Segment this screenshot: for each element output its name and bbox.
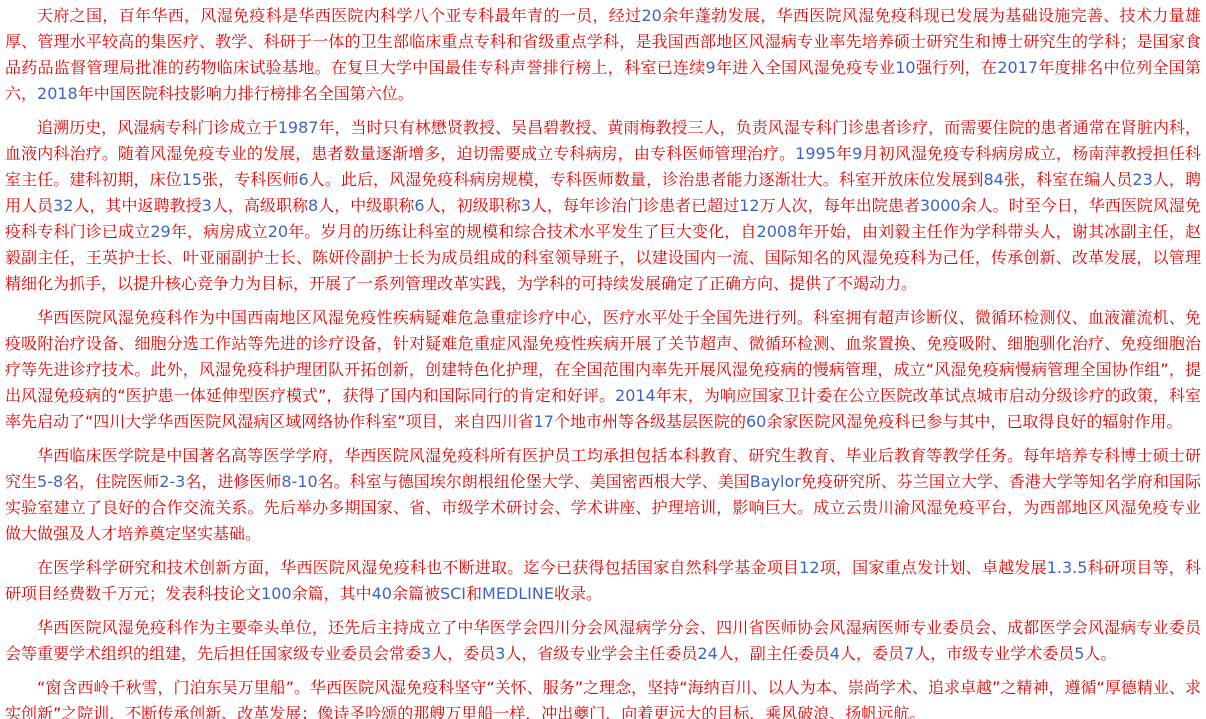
latin-text: 20 <box>641 6 661 25</box>
latin-text: 10 <box>895 58 915 77</box>
latin-text: 40 <box>372 584 392 603</box>
paragraph: 华西医院风湿免疫科作为主要牵头单位，还先后主持成立了中华医学会四川分会风湿病学分… <box>5 615 1201 667</box>
latin-text: 3 <box>421 644 431 663</box>
latin-text: 84 <box>983 170 1003 189</box>
latin-text: 24 <box>697 644 717 663</box>
latin-text: 2014 <box>615 386 656 405</box>
latin-text: 20 <box>268 222 288 241</box>
latin-text: SCI <box>440 584 466 603</box>
latin-text: 3 <box>495 644 505 663</box>
latin-text: 5 <box>1074 644 1084 663</box>
latin-text: 17 <box>534 412 554 431</box>
latin-text: 3 <box>521 196 531 215</box>
latin-text: 1.3.5 <box>1047 558 1088 577</box>
latin-text: Baylor <box>750 472 801 491</box>
paragraph: “窗含西岭千秋雪，门泊东吴万里船”。华西医院风湿免疫科坚守“关怀、服务”之理念，… <box>5 675 1201 719</box>
paragraph: 天府之国，百年华西，风湿免疫科是华西医院内科学八个亚专科最年青的一员，经过20余… <box>5 3 1201 107</box>
latin-text: 2018 <box>37 84 78 103</box>
latin-text: 3 <box>202 196 212 215</box>
latin-text: 1995 <box>795 144 836 163</box>
latin-text: 100 <box>261 584 292 603</box>
latin-text: 3000 <box>920 196 961 215</box>
paragraph: 华西临床医学院是中国著名高等医学学府，华西医院风湿免疫科所有医护员工均承担包括本… <box>5 443 1201 547</box>
latin-text: 12 <box>739 196 759 215</box>
document-body: 天府之国，百年华西，风湿免疫科是华西医院内科学八个亚专科最年青的一员，经过20余… <box>0 0 1206 719</box>
paragraph: 在医学科学研究和技术创新方面，华西医院风湿免疫科也不断进取。迄今已获得包括国家自… <box>5 555 1201 607</box>
latin-text: 2-3 <box>159 472 185 491</box>
latin-text: 2008 <box>757 222 798 241</box>
latin-text: 8 <box>308 196 318 215</box>
latin-text: 60 <box>746 412 766 431</box>
latin-text: 2017 <box>997 58 1038 77</box>
latin-text: 32 <box>53 196 73 215</box>
latin-text: MEDLINE <box>482 584 554 603</box>
latin-text: 9 <box>706 58 716 77</box>
latin-text: 15 <box>182 170 202 189</box>
latin-text: 9 <box>852 144 862 163</box>
latin-text: 4 <box>830 644 840 663</box>
latin-text: 7 <box>904 644 914 663</box>
latin-text: 1987 <box>278 118 319 137</box>
latin-text: 6 <box>299 170 309 189</box>
latin-text: 5-8 <box>37 472 63 491</box>
latin-text: 23 <box>1132 170 1152 189</box>
paragraph: 华西医院风湿免疫科作为中国西南地区风湿免疫性疾病疑难危急重症诊疗中心，医疗水平处… <box>5 305 1201 435</box>
paragraph: 追溯历史，风湿病专科门诊成立于1987年，当时只有林懋贤教授、吴昌碧教授、黄雨梅… <box>5 115 1201 297</box>
latin-text: 8-10 <box>281 472 317 491</box>
latin-text: 29 <box>150 222 170 241</box>
latin-text: 6 <box>414 196 424 215</box>
latin-text: 12 <box>799 558 819 577</box>
